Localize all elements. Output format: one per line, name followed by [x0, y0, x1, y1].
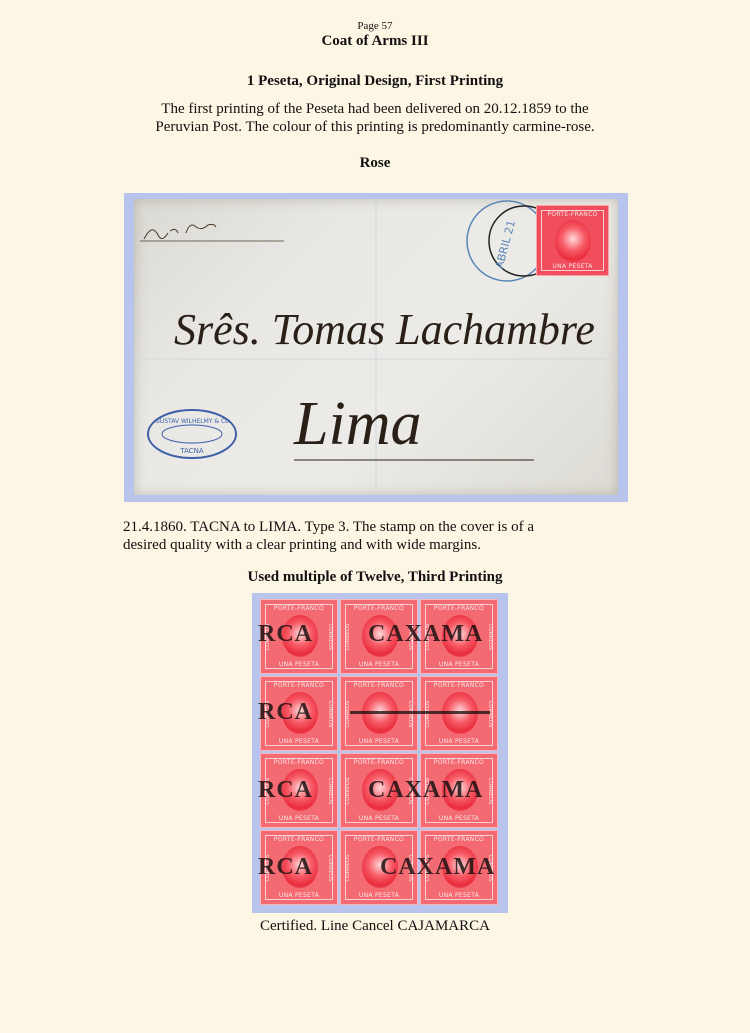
line-cancel: RCA — [258, 699, 313, 726]
page-title: Coat of Arms III — [0, 33, 750, 50]
cover-caption: 21.4.1860. TACNA to LIMA. Type 3. The st… — [123, 518, 643, 554]
cachet-top: GUSTAV WILHELMY & Co — [155, 418, 229, 425]
rose-heading: Rose — [0, 155, 750, 172]
intro-paragraph: The first printing of the Peseta had bee… — [0, 100, 750, 136]
block-caption: Certified. Line Cancel CAJAMARCA — [0, 918, 750, 935]
line-cancel: RCA — [258, 854, 313, 881]
intro-line-1: The first printing of the Peseta had bee… — [0, 100, 750, 118]
block-mount: PORTE-FRANCOCORREOSCORREOSUNA PESETAPORT… — [252, 593, 508, 913]
line-cancel: CAXAMA — [368, 621, 483, 648]
intro-line-2: Peruvian Post. The colour of this printi… — [0, 118, 750, 136]
addressee-script: Srês. Tomas Lachambre — [174, 305, 595, 354]
cover-mount: Srês. Tomas Lachambre Lima GUSTAV WILHEL… — [124, 193, 628, 502]
cover-stamp: PORTE-FRANCO UNA PESETA — [536, 205, 609, 276]
city-script: Lima — [293, 390, 421, 458]
line-cancel: RCA — [258, 777, 313, 804]
cover-caption-line-1: 21.4.1860. TACNA to LIMA. Type 3. The st… — [123, 518, 643, 536]
postal-cover: Srês. Tomas Lachambre Lima GUSTAV WILHEL… — [134, 199, 618, 495]
stamp-block: PORTE-FRANCOCORREOSCORREOSUNA PESETAPORT… — [260, 599, 500, 907]
page-number: Page 57 — [0, 20, 750, 32]
smudged-cancel — [350, 711, 490, 714]
line-cancel: CAXAMA — [368, 777, 483, 804]
block-heading: Used multiple of Twelve, Third Printing — [0, 569, 750, 586]
cachet-bottom: TACNA — [179, 447, 204, 455]
line-cancel: CAXAMA — [380, 854, 495, 881]
section-subtitle: 1 Peseta, Original Design, First Printin… — [0, 73, 750, 90]
line-cancel: RCA — [258, 621, 313, 648]
svg-text:ABRIL 21: ABRIL 21 — [493, 219, 518, 270]
cover-caption-line-2: desired quality with a clear printing an… — [123, 536, 643, 554]
